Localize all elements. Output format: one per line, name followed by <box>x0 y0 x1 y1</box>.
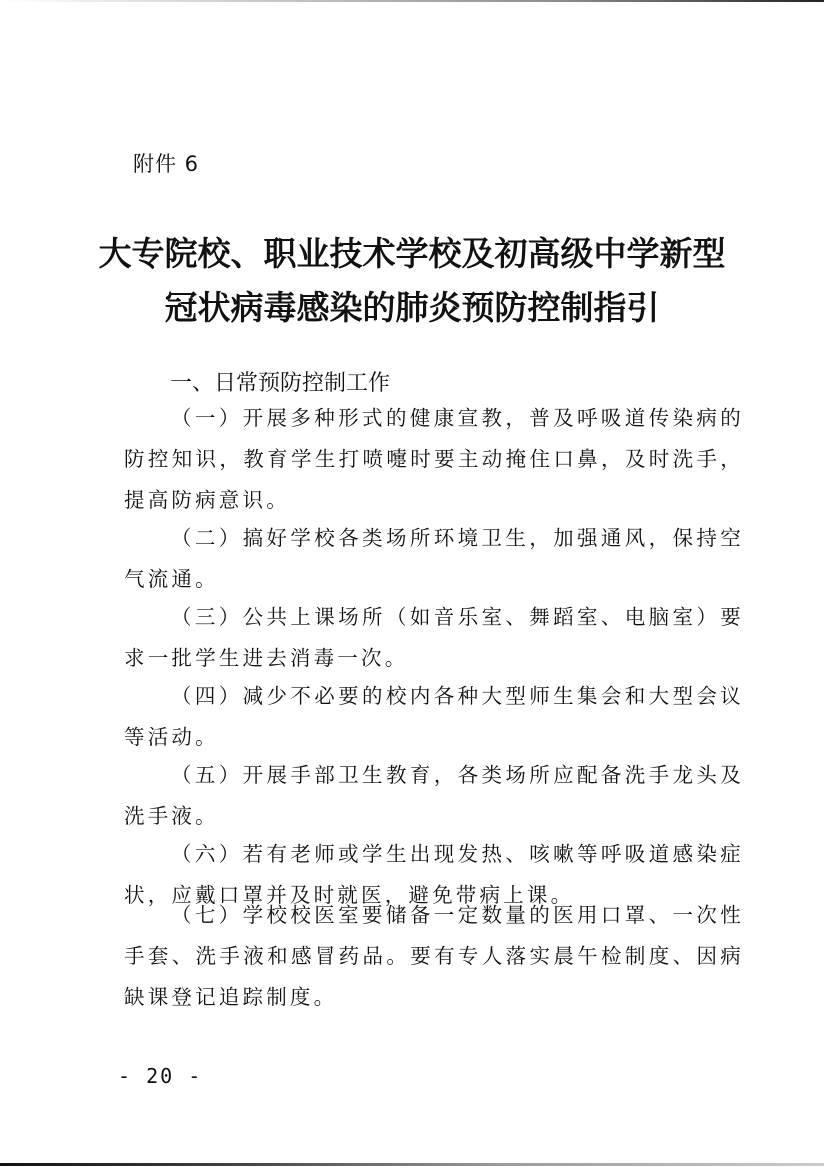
scan-edge-top <box>0 0 824 2</box>
document-title-line-1: 大专院校、职业技术学校及初高级中学新型 <box>0 228 824 275</box>
paragraph-item-7: （七）学校校医室要储备一定数量的医用口罩、一次性手套、洗手液和感冒药品。要有专人… <box>124 895 744 1018</box>
attachment-label: 附件 6 <box>133 148 199 178</box>
paragraph-item-1: （一）开展多种形式的健康宣教，普及呼吸道传染病的防控知识，教育学生打喷嚏时要主动… <box>124 398 744 521</box>
document-title-line-2: 冠状病毒感染的肺炎预防控制指引 <box>0 282 824 329</box>
paragraph-item-5: （五）开展手部卫生教育，各类场所应配备洗手龙头及洗手液。 <box>124 755 744 837</box>
section-heading: 一、日常预防控制工作 <box>170 366 390 397</box>
paragraph-item-4: （四）减少不必要的校内各种大型师生集会和大型会议等活动。 <box>124 676 744 758</box>
page-number: - 20 - <box>118 1064 202 1088</box>
paragraph-item-2: （二）搞好学校各类场所环境卫生，加强通风，保持空气流通。 <box>124 518 744 600</box>
scan-edge-bottom <box>0 1163 824 1166</box>
paragraph-item-3: （三）公共上课场所（如音乐室、舞蹈室、电脑室）要求一批学生进去消毒一次。 <box>124 597 744 679</box>
